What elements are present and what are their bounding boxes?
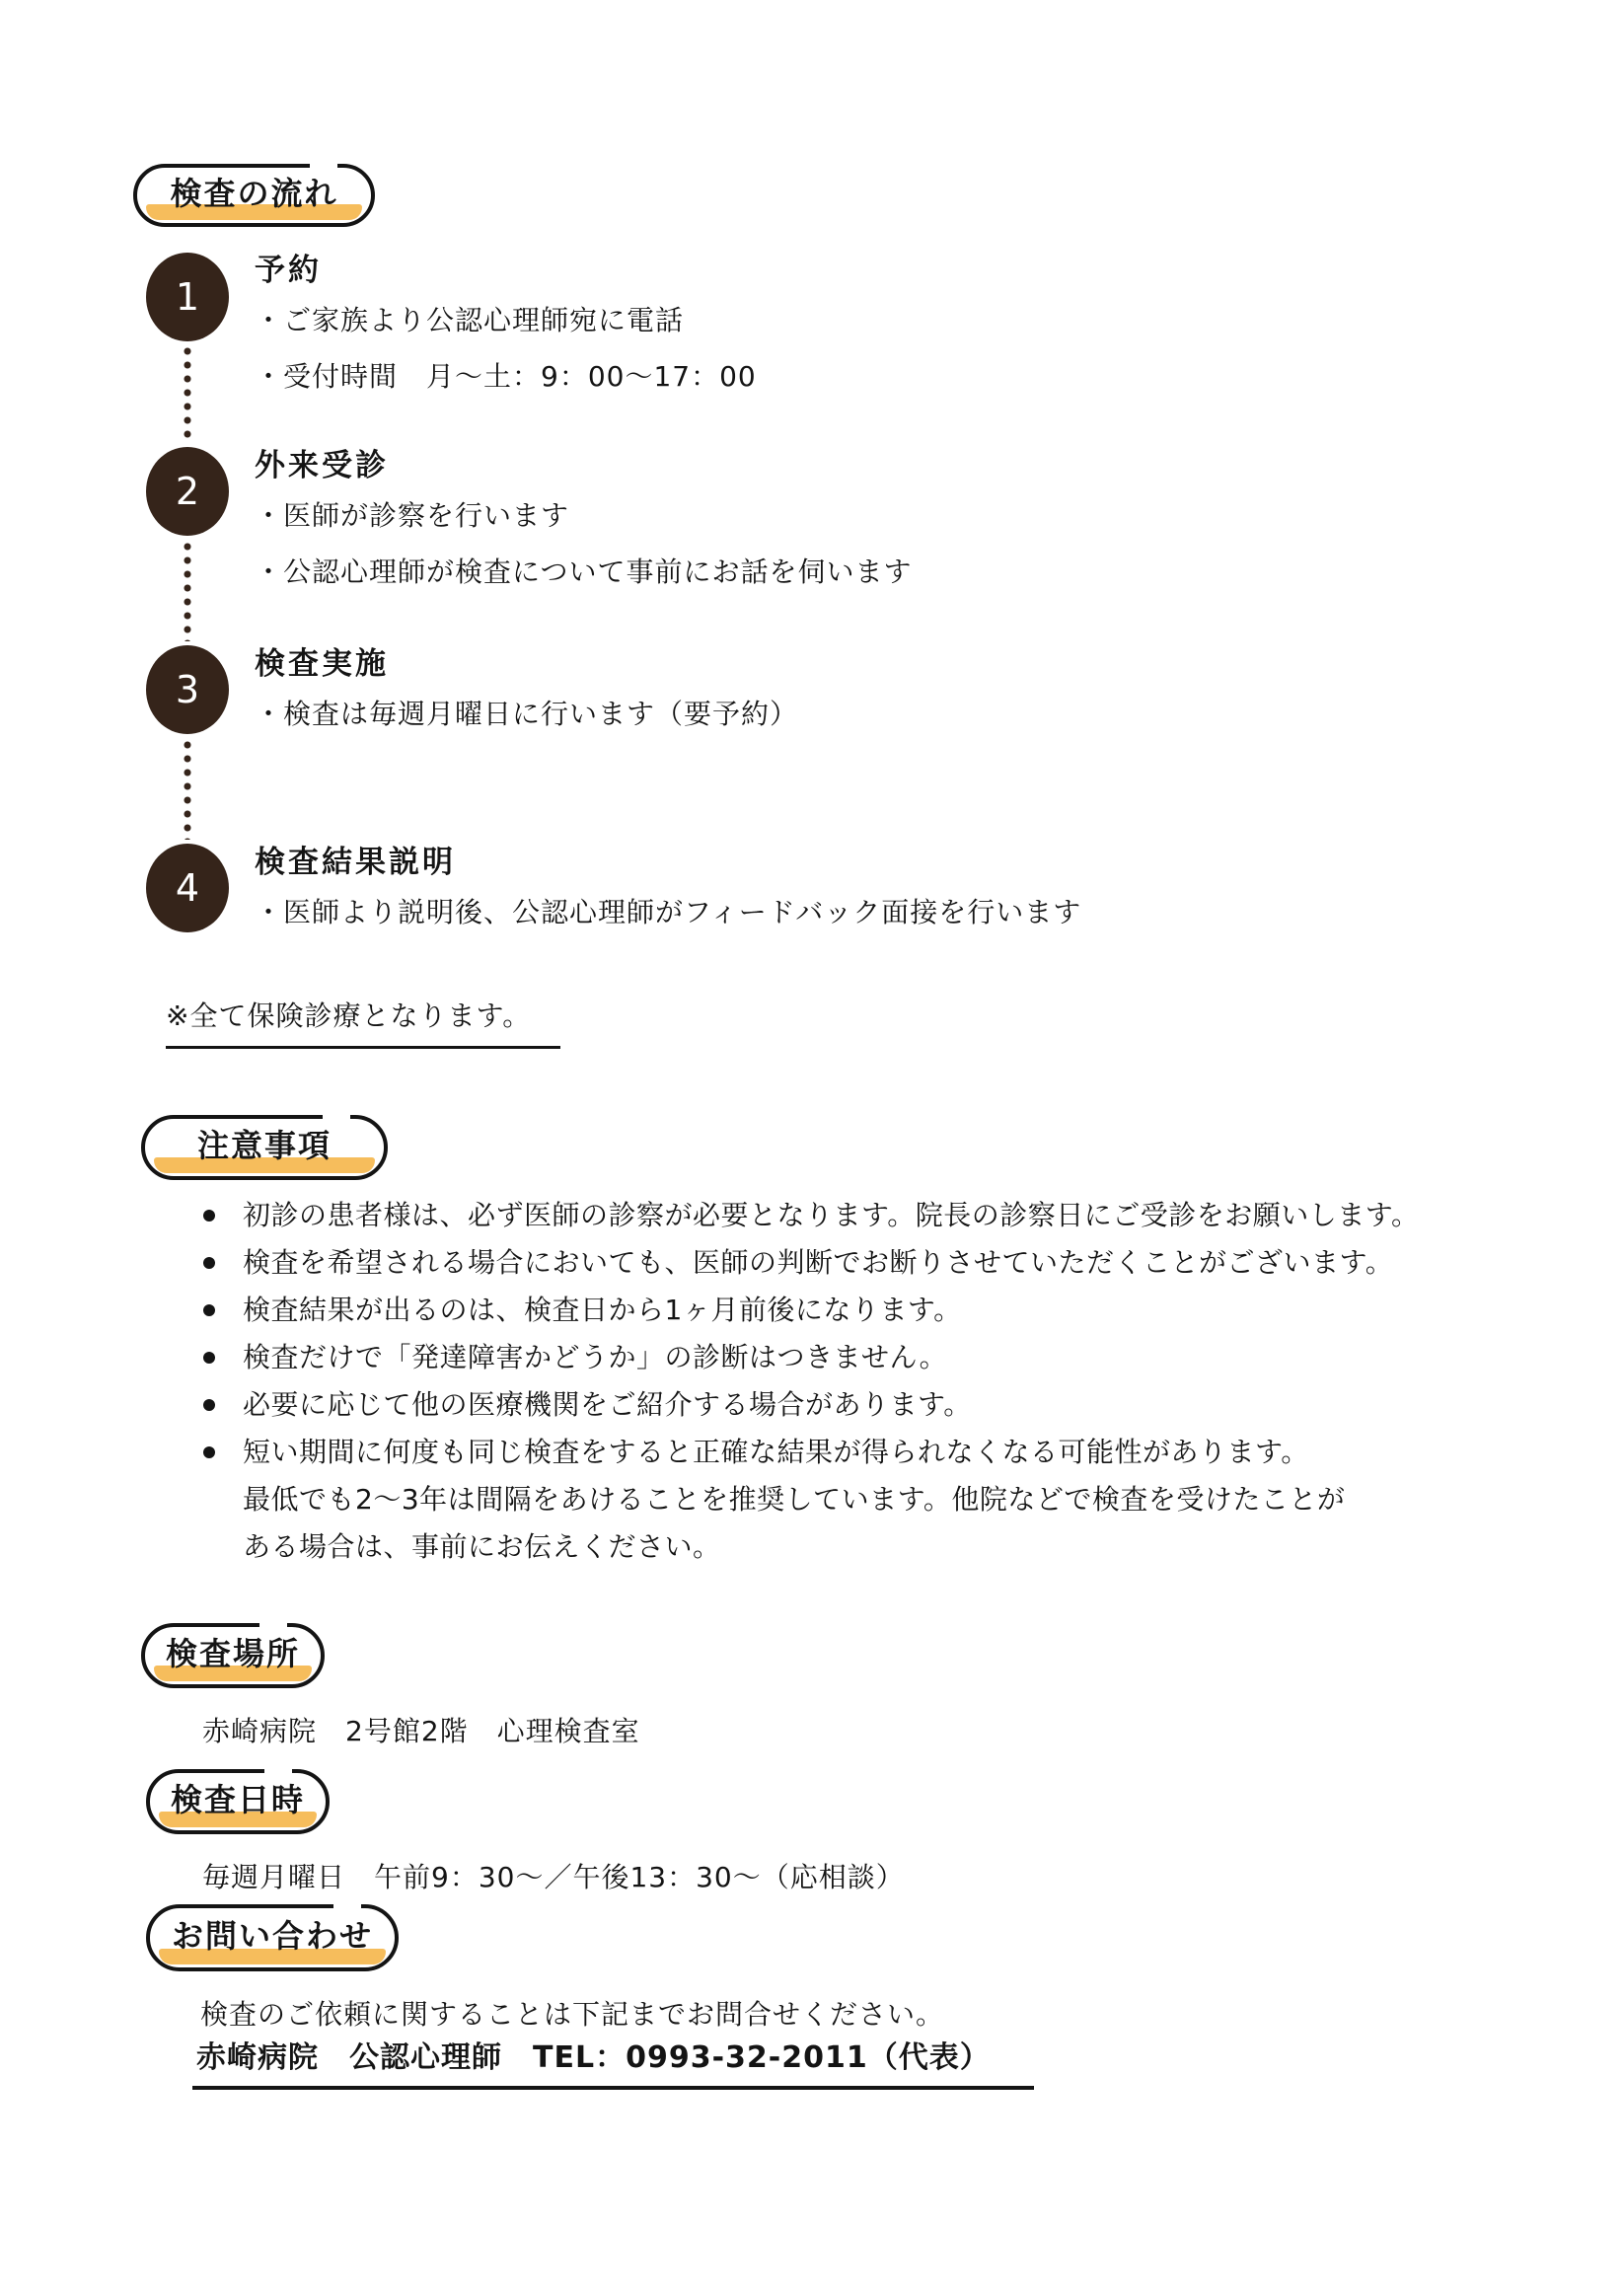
section-badge-notes: 注意事項 (141, 1115, 388, 1180)
step-title: 検査実施 (255, 642, 1389, 686)
step-block-results: 検査結果説明 ・医師より説明後、公認心理師がフィードバック面接を行います (255, 841, 1389, 940)
note-item: 必要に応じて他の医療機関をご紹介する場合があります。 (168, 1381, 1569, 1429)
section-title: 検査の流れ (170, 169, 337, 222)
step-number: 2 (176, 470, 199, 513)
badge-sketch-gap (323, 1115, 350, 1119)
section-badge-contact: お問い合わせ (146, 1904, 399, 1971)
step-title: 外来受診 (255, 444, 1389, 487)
step-detail: ・受付時間 月～土：9：00～17：00 (255, 348, 1389, 405)
step-marker-4: 4 (146, 844, 229, 932)
section-badge-flow: 検査の流れ (133, 164, 375, 227)
step-block-examination: 検査実施 ・検査は毎週月曜日に行います（要予約） (255, 642, 1389, 742)
step-block-reservation: 予約 ・ご家族より公認心理師宛に電話 ・受付時間 月～土：9：00～17：00 (255, 249, 1389, 405)
contact-telephone-line: 赤崎病院 公認心理師 TEL：0993-32-2011（代表） (192, 2033, 1034, 2090)
step-number: 4 (176, 866, 199, 910)
step-marker-1: 1 (146, 253, 229, 341)
note-item: 検査結果が出るのは、検査日から1ヶ月前後になります。 (168, 1287, 1569, 1334)
section-title: 注意事項 (197, 1121, 332, 1174)
step-detail: ・ご家族より公認心理師宛に電話 (255, 292, 1389, 348)
location-text: 赤崎病院 2号館2階 心理検査室 (202, 1710, 640, 1749)
step-detail: ・医師が診察を行います (255, 487, 1389, 544)
step-number: 1 (176, 275, 199, 319)
notes-list: 初診の患者様は、必ず医師の診察が必要となります。院長の診察日にご受診をお願いしま… (168, 1192, 1569, 1571)
step-detail: ・公認心理師が検査について事前にお話を伺います (255, 544, 1389, 600)
step-marker-2: 2 (146, 447, 229, 536)
note-item: 検査を希望される場合においても、医師の判断でお断りさせていただくことがございます… (168, 1239, 1569, 1287)
insurance-note: ※全て保険診療となります。 (166, 995, 560, 1049)
section-badge-location: 検査場所 (141, 1623, 325, 1688)
dotted-connector (184, 543, 191, 641)
badge-sketch-gap (264, 1769, 292, 1773)
step-title: 予約 (255, 249, 1389, 292)
contact-note: 検査のご依頼に関することは下記までお問合せください。 (200, 1993, 944, 2033)
badge-sketch-gap (310, 164, 337, 168)
step-detail: ・医師より説明後、公認心理師がフィードバック面接を行います (255, 884, 1389, 940)
section-title: 検査日時 (171, 1775, 305, 1828)
dotted-connector (184, 347, 191, 444)
step-title: 検査結果説明 (255, 841, 1389, 884)
badge-sketch-gap (259, 1623, 287, 1627)
document-page: 検査の流れ 1 2 3 4 予約 ・ご家族より公認心理師宛に電話 ・受付時間 月… (0, 0, 1624, 2296)
step-marker-3: 3 (146, 645, 229, 734)
schedule-text: 毎週月曜日 午前9：30～／午後13：30～（応相談） (202, 1856, 905, 1895)
note-item: 検査だけで「発達障害かどうか」の診断はつきません。 (168, 1334, 1569, 1381)
section-badge-schedule: 検査日時 (146, 1769, 330, 1834)
note-item: 初診の患者様は、必ず医師の診察が必要となります。院長の診察日にご受診をお願いしま… (168, 1192, 1569, 1239)
note-item: 短い期間に何度も同じ検査をすると正確な結果が得られなくなる可能性があります。 最… (168, 1429, 1569, 1571)
step-detail: ・検査は毎週月曜日に行います（要予約） (255, 686, 1389, 742)
step-block-outpatient: 外来受診 ・医師が診察を行います ・公認心理師が検査について事前にお話を伺います (255, 444, 1389, 600)
badge-sketch-gap (333, 1904, 361, 1908)
dotted-connector (184, 741, 191, 840)
section-title: 検査場所 (166, 1629, 300, 1682)
section-title: お問い合わせ (172, 1911, 373, 1964)
step-number: 3 (176, 668, 199, 711)
